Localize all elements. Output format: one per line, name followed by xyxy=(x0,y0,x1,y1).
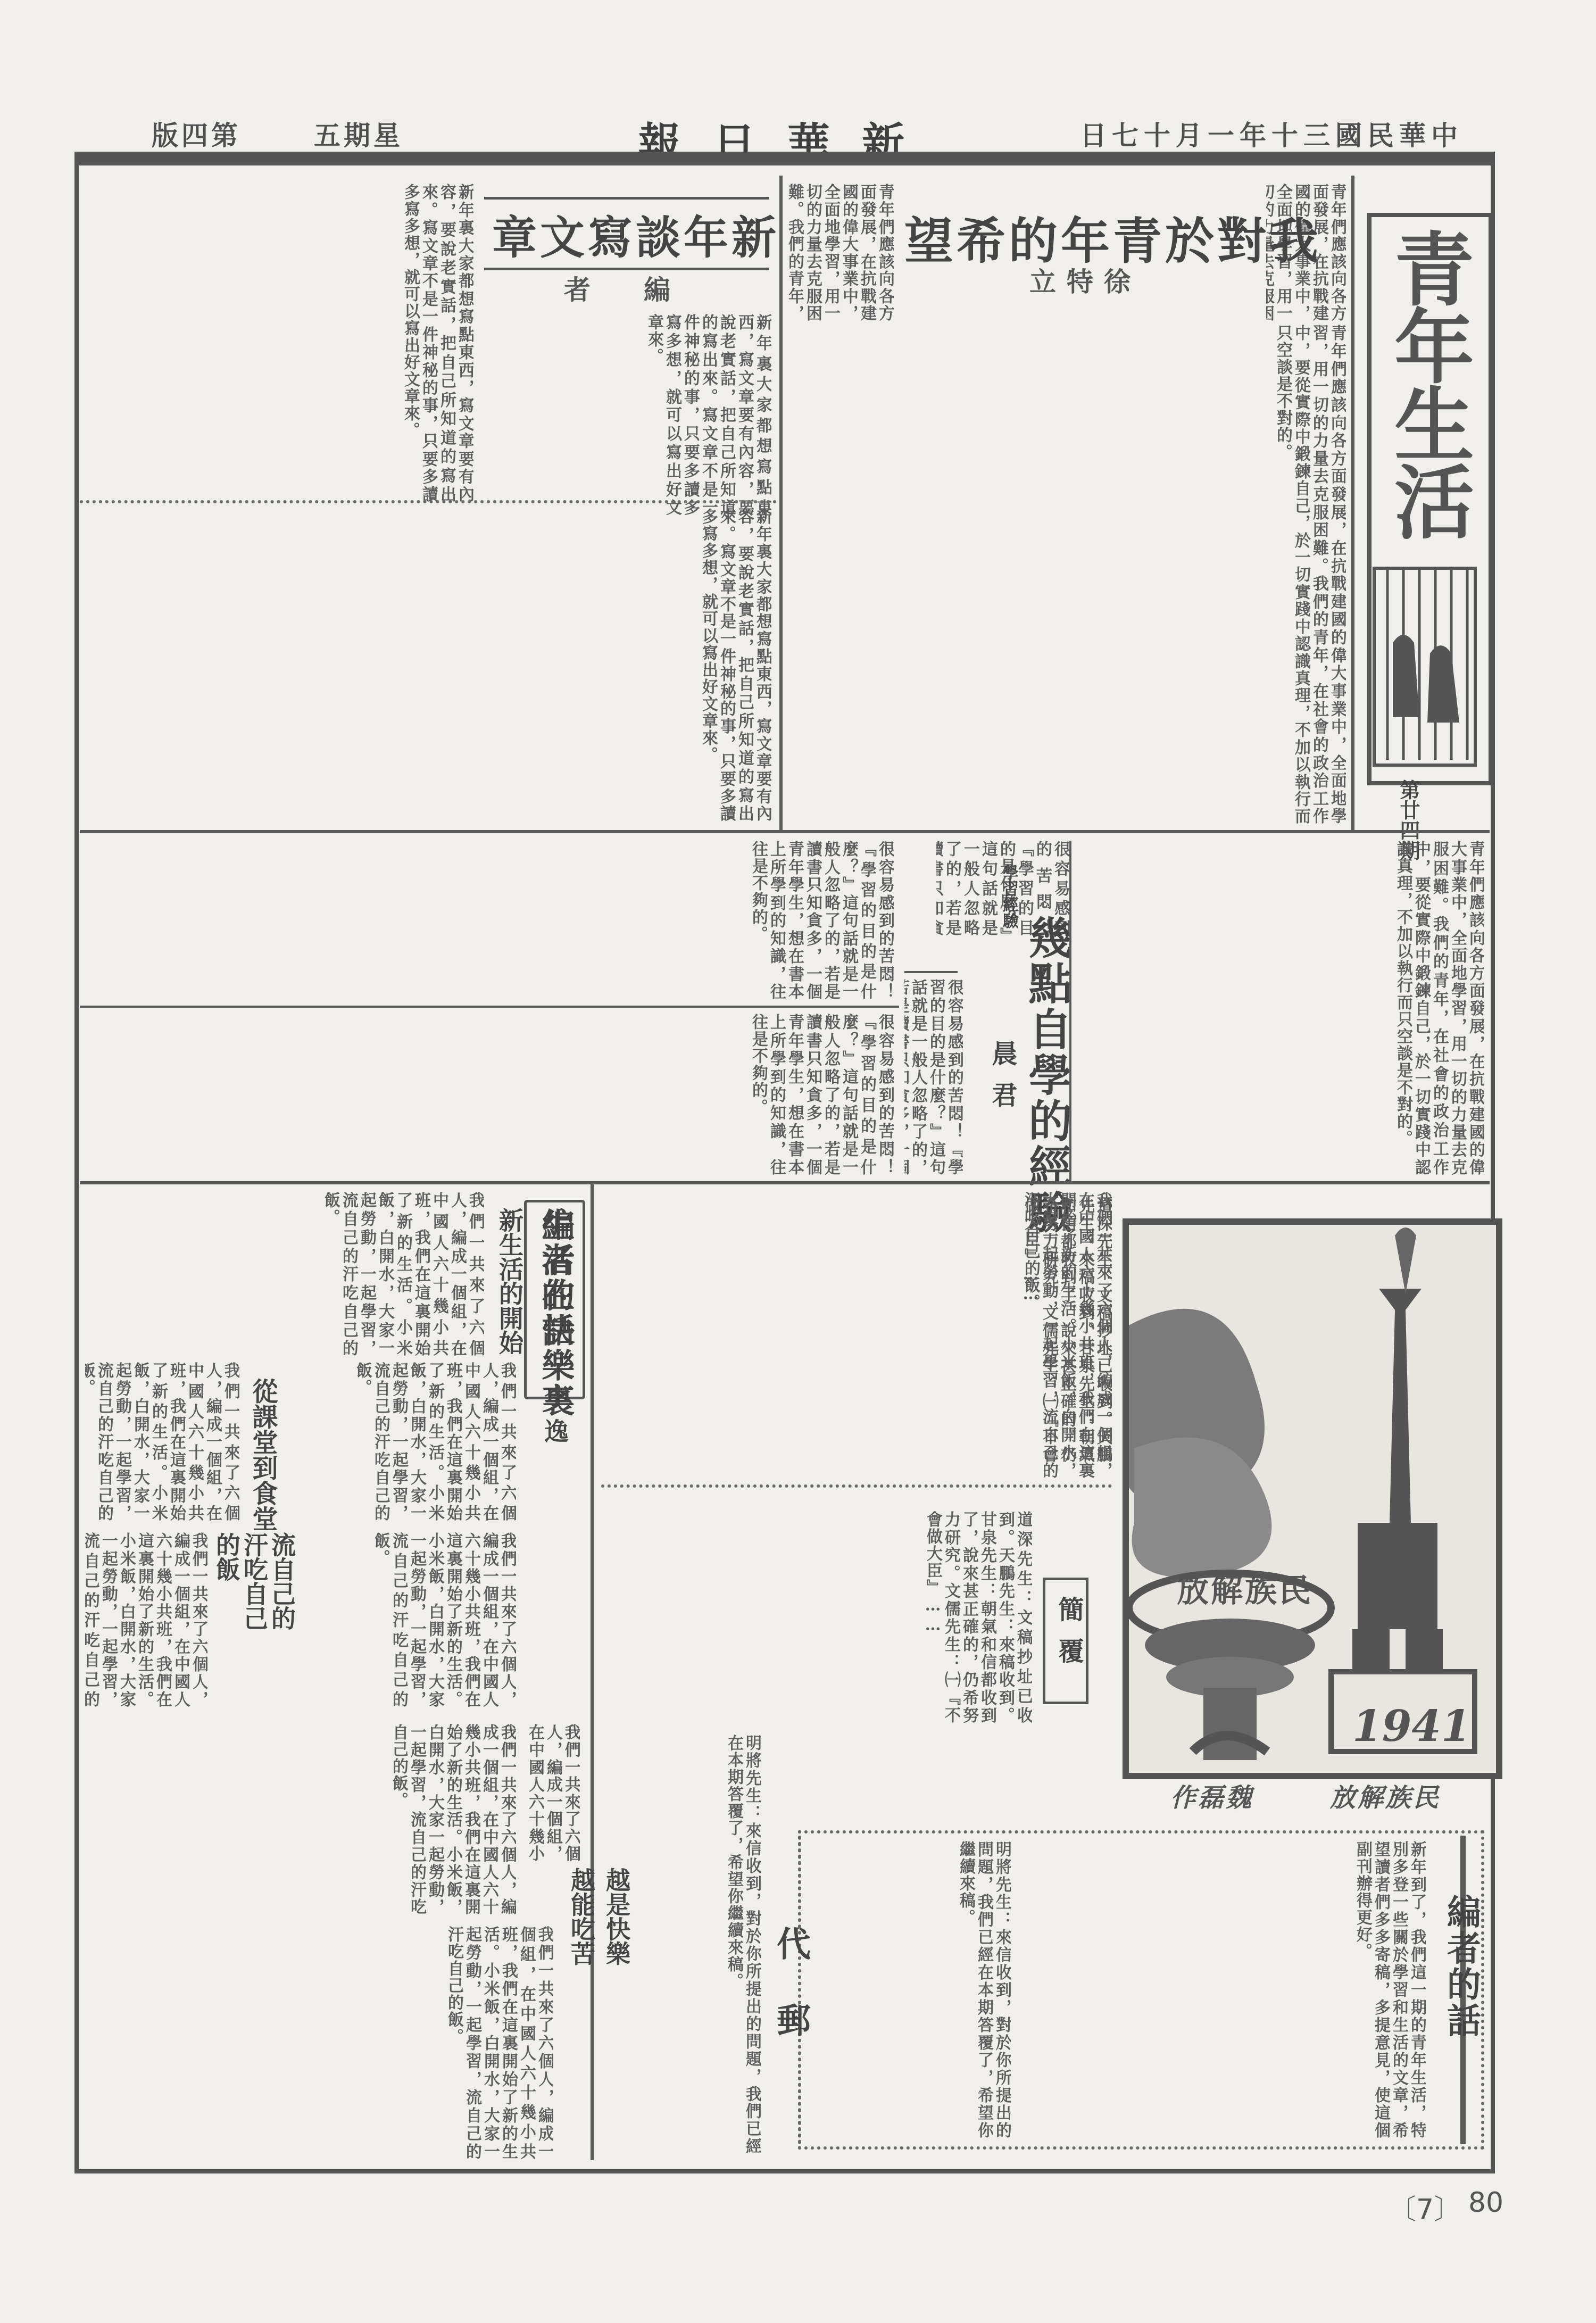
subhead: 新生活的開始 xyxy=(492,1208,527,1355)
brief-replies-body: 道深先生：文稿抄址已收到。天鵬先生：來稿收到。甘泉先生：朝氣和信都收到了，說來甚… xyxy=(601,1511,1032,1724)
supplement-title: 青年生活 xyxy=(1387,228,1467,538)
article-byline: 晨君 xyxy=(984,1040,1021,1123)
publication-date: 中華民國三十年一月十七日 xyxy=(1080,114,1463,153)
subhead: 從課堂到食堂 xyxy=(245,1378,281,1531)
column-rule xyxy=(1069,841,1071,1181)
editors-note-title: 編者的話 xyxy=(1436,1894,1485,2039)
article-body: 新年裏大家都想寫點東西，寫文章要有內容，要說老實話，把自己所知道的寫出來。寫文章… xyxy=(85,508,771,822)
year-plate: 1941 xyxy=(1352,1701,1471,1751)
article-body: 我們一共來了六個人，編成一個組，在中國人六十幾小共班，我們在這裏開始了新的生活。… xyxy=(85,1362,239,1522)
article-body: 我們一共來了六個人，編成一個組，在中國人六十幾小共班，我們在這裏開始了新的生活。… xyxy=(277,1532,516,1708)
supplement-masthead: 青年生活 xyxy=(1367,213,1493,785)
article-body: 我們一共來了六個人，編成一個組，在中國人六十幾小共班，我們在這裏開始了新的生活。… xyxy=(85,1532,207,1708)
article-body: 我們一共來了六個人，編成一個組，在中國人六十幾小共班，我們在這裏開始了新的生活。… xyxy=(85,1724,516,1915)
article-byline: 編者 xyxy=(564,269,724,307)
gate-figures-icon xyxy=(1371,547,1481,770)
section-rule xyxy=(80,1181,1490,1184)
page-label: 第四版 xyxy=(152,114,241,153)
article-body: 我們一共來了六個人，編成一個組，在中國人六十幾小共班，我們在這裏開始了新的生活。… xyxy=(527,1724,580,1862)
section-rule xyxy=(80,830,1490,833)
illustration-caption-title: 民族解放 xyxy=(1330,1777,1441,1814)
section-rule xyxy=(80,1006,899,1008)
article-body: 明將先生：來信收到，對於你所提出的問題，我們已經在本期答覆了，希望你繼續來稿。 xyxy=(601,1735,761,2155)
article-body: 很容易感到的苦悶！『學習的目的是什麼？』這句話就是一般人忽略了的，若是讀書只知貪… xyxy=(904,979,963,1176)
column-rule xyxy=(779,176,783,830)
column-rule xyxy=(591,1181,594,2160)
article-body: 青年們應該向各方面發展，在抗戰建國的偉大事業中，全面地學習，用一切的力量去克服困… xyxy=(1080,841,1484,1176)
article-body: 我們一共來了六個人，編成一個組，在中國人六十幾小共班，我們在這裏開始了新的生活。… xyxy=(85,1192,484,1357)
editors-note-body: 新年到了，我們這一期的青年生活，特別多登一些關於學習和生活的文章，希望讀者們多多… xyxy=(1021,1841,1426,2139)
article-body: 很容易感到的苦悶！『學習的目的是什麼？』這句話就是一般人忽略了的，若是讀書只知貪… xyxy=(85,1014,894,1176)
article-body: 青年們應該向各方面發展，在抗戰建國的偉大事業中，全面地學習，用一切的力量去克服困… xyxy=(787,184,894,322)
article-body: 青年們應該向各方面發展，在抗戰建國的偉大事業中，全面地學習，用一切的力量去克服困… xyxy=(787,325,1346,825)
article-body: 我們一共來了六個人，編成一個組，在中國人六十幾小共班，我們在這裏開始了新的生活。… xyxy=(85,1926,553,2160)
by-post-title: 代郵 xyxy=(766,1926,815,2079)
torch-icon xyxy=(1129,1225,1483,1760)
section-rule xyxy=(601,1484,1112,1488)
weekday: 星期五 xyxy=(314,114,403,153)
column-rule xyxy=(1351,176,1354,830)
section-rule xyxy=(904,971,958,973)
article-headline: 新年談寫文章 xyxy=(492,202,779,267)
by-post-body: 明將先生：來信收到，對於你所提出的問題，我們已經在本期答覆了，希望你繼續來稿。 xyxy=(809,1841,1011,2139)
brief-replies-title: 簡覆 xyxy=(1051,1596,1087,1679)
section-rule xyxy=(80,500,777,503)
article-body: 新年裏大家都想寫點東西，寫文章要有內容，要說老實話，把自己所知道的寫出來。寫文章… xyxy=(484,314,771,516)
article-byline: 徐特立 xyxy=(1029,261,1141,299)
page-number: 80 xyxy=(1468,2187,1503,2219)
page-marker: 〔7〕 xyxy=(1389,2187,1461,2227)
woodcut-illustration: 民族解放 1941 xyxy=(1123,1218,1502,1779)
article-body: 新年裏大家都想寫點東西，寫文章要有內容，要說老實話，把自己所知道的寫出來。寫文章… xyxy=(85,184,473,503)
article-body: 很容易感到的苦悶！『學習的目的是什麼？』這句話就是一般人忽略了的，若是讀書只知貪… xyxy=(85,841,894,1000)
article-headline: 生活在快樂裏 xyxy=(532,1208,579,1418)
illustration-caption-author: 魏磊作 xyxy=(1170,1777,1253,1814)
section-label: 學習經驗 xyxy=(1000,865,1017,928)
article-body: 道深先生：文稿抄址已收到。天鵬先生：來稿收到。甘泉先生：朝氣和信都收到了，說來甚… xyxy=(601,1197,1112,1463)
article-body: 我們一共來了六個人，編成一個組，在中國人六十幾小共班，我們在這裏開始了新的生活。… xyxy=(287,1362,516,1522)
banner-text: 民族解放 xyxy=(1177,1565,1313,1611)
